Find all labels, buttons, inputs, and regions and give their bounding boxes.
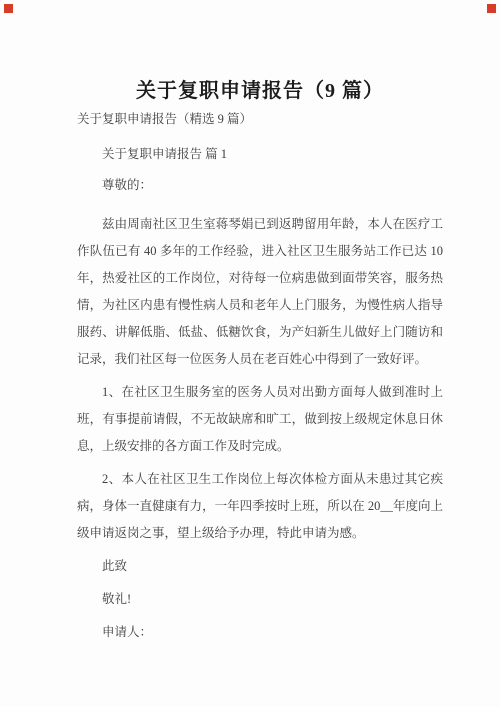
closing-salute: 敬礼! [77, 586, 443, 613]
body-paragraph-2: 1、在社区卫生服务室的医务人员对出勤方面每人做到准时上班，有事提前请假，不无故缺… [77, 379, 443, 460]
document-content: 关于复职申请报告（9 篇） 关于复职申请报告（精选 9 篇） 关于复职申请报告 … [77, 0, 443, 646]
closing-regards: 此致 [77, 553, 443, 580]
salutation-line: 尊敬的： [77, 172, 443, 199]
body-paragraph-1: 兹由周南社区卫生室蒋琴娟已到返聘留用年龄，本人在医疗工作队伍已有 40 多年的工… [77, 211, 443, 373]
closing-applicant: 申请人： [77, 619, 443, 646]
page-title: 关于复职申请报告（9 篇） [77, 76, 443, 106]
body-paragraph-3: 2、本人在社区卫生工作岗位上每次体检方面从未患过其它疾病，身体一直健康有力，一年… [77, 466, 443, 547]
red-corner-mark-left [4, 4, 13, 13]
red-corner-mark-right [487, 4, 496, 13]
section-heading: 关于复职申请报告 篇 1 [77, 141, 443, 168]
document-page: 关于复职申请报告（9 篇） 关于复职申请报告（精选 9 篇） 关于复职申请报告 … [0, 0, 500, 707]
document-subtitle: 关于复职申请报告（精选 9 篇） [77, 106, 443, 133]
